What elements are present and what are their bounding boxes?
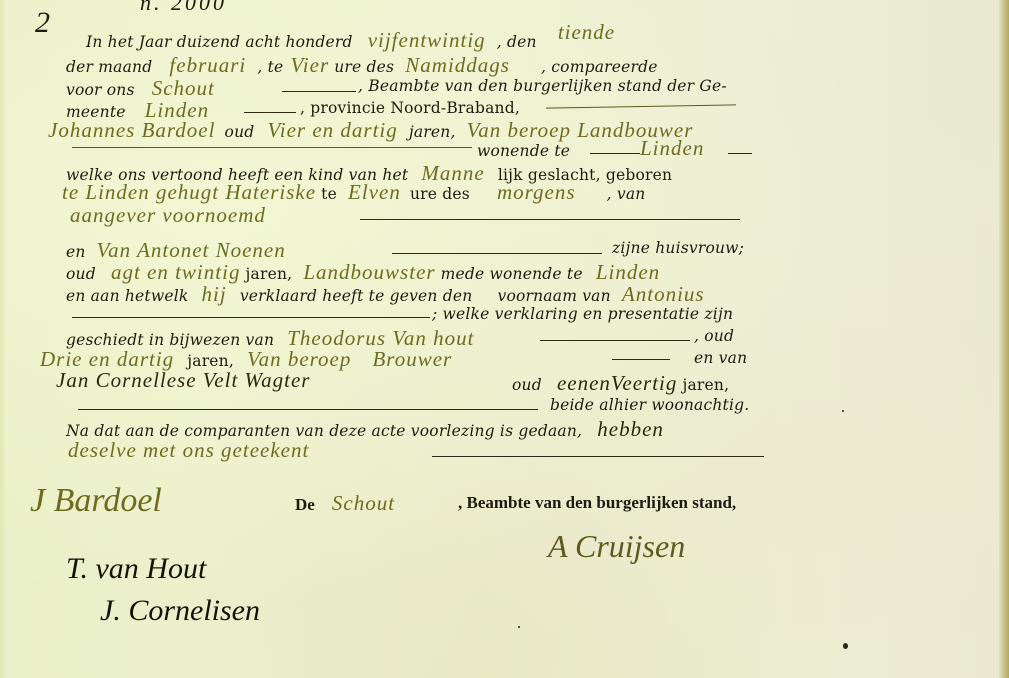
printed-text: en — [66, 243, 86, 261]
top-fragment: n. 2000 — [140, 0, 227, 16]
printed-text: verklaard heeft te geven den — [240, 287, 473, 305]
line-5: Johannes Bardoel oud Vier en dartig jare… — [48, 120, 693, 141]
fill-rule — [590, 153, 640, 154]
handwritten-month: februari — [169, 53, 246, 77]
printed-text: , Beambte van den burgerlijken stand der… — [358, 77, 727, 95]
line-1: In het Jaar duizend acht honderd vijfent… — [86, 30, 615, 51]
line-6b: Linden — [640, 138, 704, 159]
fill-rule — [244, 112, 296, 113]
printed-text: ure des — [410, 185, 470, 203]
fill-rule — [360, 219, 740, 220]
handwritten-signing-verb: hebben — [597, 417, 664, 441]
printed-text: , van — [607, 185, 646, 203]
printed-text: De — [295, 495, 315, 514]
fill-rule — [282, 91, 356, 92]
line-18: Na dat aan de comparanten van deze acte … — [66, 419, 664, 440]
handwritten-day: tiende — [558, 20, 615, 44]
line-19: deselve met ons geteekent — [68, 440, 309, 461]
fill-rule — [78, 409, 538, 410]
printed-text: beide alhier woonachtig. — [550, 396, 749, 414]
line-3: voor ons Schout — [66, 78, 215, 99]
printed-text: In het Jaar duizend acht honderd — [86, 33, 353, 51]
line-6: wonende te — [477, 143, 570, 160]
fill-rule — [540, 340, 690, 341]
handwritten-daypart: Namiddags — [405, 53, 510, 77]
line-3b: , Beambte van den burgerlijken stand der… — [358, 78, 727, 95]
printed-text: , provincie Noord-Braband, — [300, 99, 520, 117]
printed-text: oud — [225, 123, 255, 141]
handwritten-mother-name: Van Antonet Noenen — [97, 238, 286, 262]
line-4b: , provincie Noord-Braband, — [300, 100, 520, 117]
handwritten-mother-residence: Linden — [596, 260, 660, 284]
printed-text: voornaam van — [498, 287, 611, 305]
handwritten-signing-statement: deselve met ons geteekent — [68, 438, 309, 462]
handwritten-mother-age: agt en twintig — [111, 260, 241, 284]
printed-text: , oud — [694, 327, 734, 345]
handwritten-hour: Vier — [291, 53, 330, 77]
printed-text: en aan hetwelk — [66, 287, 188, 305]
handwritten-declarant-pronoun: hij — [202, 282, 227, 306]
handwritten-child-name: Antonius — [622, 282, 705, 306]
handwritten-witness-2-name: Jan Cornellese Velt Wagter — [56, 368, 310, 392]
printed-text: oud — [512, 376, 542, 394]
paper-edge-left — [0, 0, 6, 678]
printed-text: der maand — [66, 58, 152, 76]
line-16b: oud eenenVeertig jaren, — [512, 373, 729, 394]
printed-text: , te — [257, 58, 283, 76]
ink-speck — [842, 410, 844, 412]
fill-rule — [612, 359, 670, 360]
line-14b: , oud — [694, 328, 734, 345]
handwritten-father-age: Vier en dartig — [267, 118, 397, 142]
fill-rule — [72, 147, 472, 148]
fill-rule — [392, 253, 602, 254]
printed-text: en van — [694, 349, 747, 367]
line-13: ; welke verklaring en presentatie zijn — [432, 306, 733, 323]
printed-text: zijne huisvrouw; — [612, 239, 744, 257]
line-10b: zijne huisvrouw; — [612, 240, 744, 257]
page-number: 2 — [35, 6, 50, 40]
printed-text: , den — [497, 33, 537, 51]
fill-rule — [72, 317, 430, 318]
handwritten-father-name: Johannes Bardoel — [48, 118, 215, 142]
line-17: beide alhier woonachtig. — [550, 397, 749, 414]
fill-rule — [728, 153, 752, 154]
printed-text: , Beambte van den burgerlijken stand, — [458, 493, 736, 512]
printed-text: , compareerde — [541, 58, 658, 76]
handwritten-mother-occupation: Landbouwster — [303, 260, 435, 284]
line-14: geschiedt in bijwezen van Theodorus Van … — [66, 328, 474, 349]
handwritten-year: vijfentwintig — [368, 28, 486, 52]
line-16: Jan Cornellese Velt Wagter — [56, 370, 310, 391]
line-8: te Linden gehugt Hateriske te Elven ure … — [62, 182, 646, 203]
printed-text: oud — [66, 265, 96, 283]
handwritten-birth-place: te Linden gehugt Hateriske — [62, 180, 316, 204]
handwritten-witness-2-age: eenenVeertig — [557, 371, 677, 395]
signature-father: J Bardoel — [30, 482, 162, 520]
printed-text: voor ons — [66, 81, 135, 99]
line-9: aangever voornoemd — [70, 205, 266, 226]
handwritten-birth-hour: Elven — [348, 180, 401, 204]
printed-text: te — [321, 185, 337, 203]
handwritten-witness-1-occupation: Brouwer — [372, 347, 452, 371]
signature-witness-2: J. Cornelisen — [100, 594, 260, 628]
closing-line: De Schout — [295, 493, 395, 514]
line-2: der maand februari , te Vier ure des Nam… — [66, 55, 658, 76]
closing-line-b: , Beambte van den burgerlijken stand, — [458, 494, 736, 511]
printed-text: mede wonende te — [441, 265, 583, 283]
ink-speck — [518, 626, 520, 628]
signature-witness-1: T. van Hout — [66, 552, 206, 586]
handwritten-residence: Linden — [640, 136, 704, 160]
printed-text: jaren, — [682, 376, 729, 394]
printed-text: ure des — [334, 58, 394, 76]
printed-text: jaren, — [409, 123, 456, 141]
line-12: en aan hetwelk hij verklaard heeft te ge… — [66, 284, 705, 305]
printed-text: jaren, — [246, 265, 293, 283]
line-15: Drie en dartig jaren, Van beroep Brouwer — [40, 349, 452, 370]
printed-text: ; welke verklaring en presentatie zijn — [432, 305, 733, 323]
signature-official: A Cruijsen — [548, 528, 685, 565]
handwritten-birth-daypart: morgens — [497, 180, 576, 204]
line-11: oud agt en twintig jaren, Landbouwster m… — [66, 262, 660, 283]
printed-text: wonende te — [477, 142, 570, 160]
fill-rule — [432, 456, 764, 457]
line-10: en Van Antonet Noenen — [66, 240, 286, 261]
line-15b: en van — [694, 350, 747, 367]
handwritten-declarant: aangever voornoemd — [70, 203, 266, 227]
handwritten-official-title: Schout — [332, 491, 395, 515]
ink-speck — [843, 643, 848, 649]
handwritten-official-title: Schout — [152, 76, 215, 100]
paper-edge-right — [999, 0, 1009, 678]
